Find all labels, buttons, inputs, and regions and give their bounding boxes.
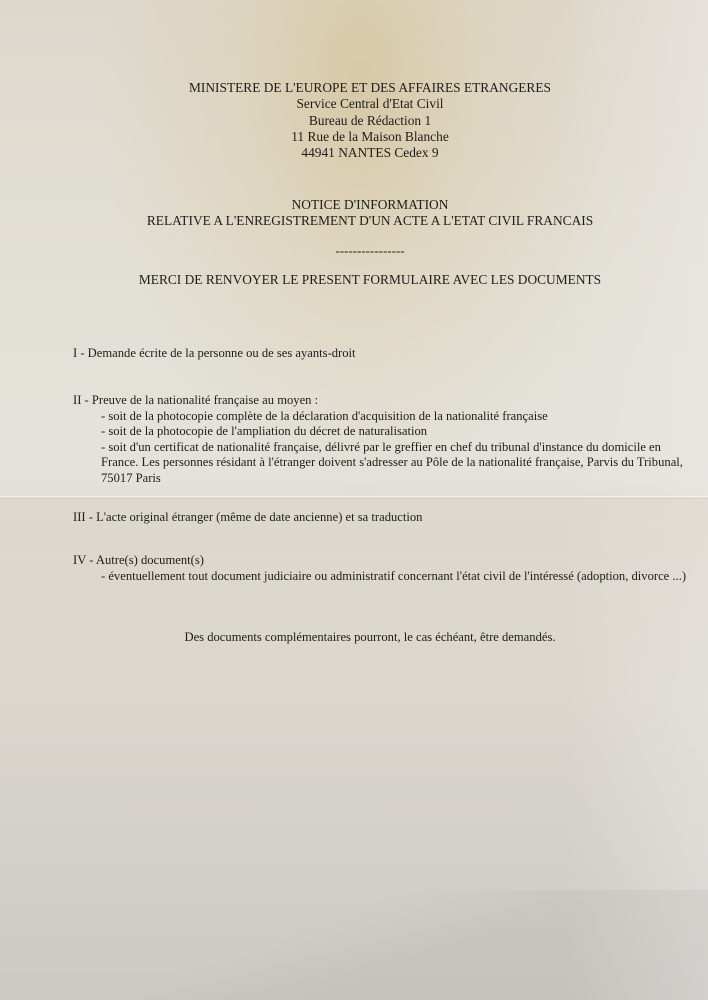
separator-dashes: ----------------: [0, 243, 708, 259]
section-other-documents: IV - Autre(s) document(s) - éventuelleme…: [73, 553, 691, 584]
closing-note: Des documents complémentaires pourront, …: [0, 630, 708, 645]
list-item: - soit de la photocopie complète de la d…: [73, 409, 691, 425]
section-written-request: I - Demande écrite de la personne ou de …: [73, 346, 356, 362]
list-item: - soit d'un certificat de nationalité fr…: [73, 440, 691, 487]
list-item: - soit de la photocopie de l'ampliation …: [73, 424, 691, 440]
postal-address: 44941 NANTES Cedex 9: [0, 145, 708, 161]
section-title: I - Demande écrite de la personne ou de …: [73, 346, 356, 362]
street-address: 11 Rue de la Maison Blanche: [0, 129, 708, 145]
section-nationality-proof: II - Preuve de la nationalité française …: [73, 393, 691, 486]
paper-shadow: [0, 890, 708, 1000]
bureau-name: Bureau de Rédaction 1: [0, 113, 708, 129]
notice-title: NOTICE D'INFORMATION: [0, 197, 708, 213]
notice-heading: NOTICE D'INFORMATION RELATIVE A L'ENREGI…: [0, 197, 708, 229]
section-title: IV - Autre(s) document(s): [73, 553, 691, 569]
return-instruction: MERCI DE RENVOYER LE PRESENT FORMULAIRE …: [0, 272, 708, 288]
section-original-act: III - L'acte original étranger (même de …: [73, 510, 422, 526]
paper-fold-line: [0, 496, 708, 499]
letterhead: MINISTERE DE L'EUROPE ET DES AFFAIRES ET…: [0, 80, 708, 161]
section-title: II - Preuve de la nationalité française …: [73, 393, 691, 409]
section-title: III - L'acte original étranger (même de …: [73, 510, 422, 526]
ministry-name: MINISTERE DE L'EUROPE ET DES AFFAIRES ET…: [0, 80, 708, 96]
service-name: Service Central d'Etat Civil: [0, 96, 708, 112]
list-item: - éventuellement tout document judiciair…: [73, 569, 691, 585]
notice-subtitle: RELATIVE A L'ENREGISTREMENT D'UN ACTE A …: [0, 213, 708, 229]
